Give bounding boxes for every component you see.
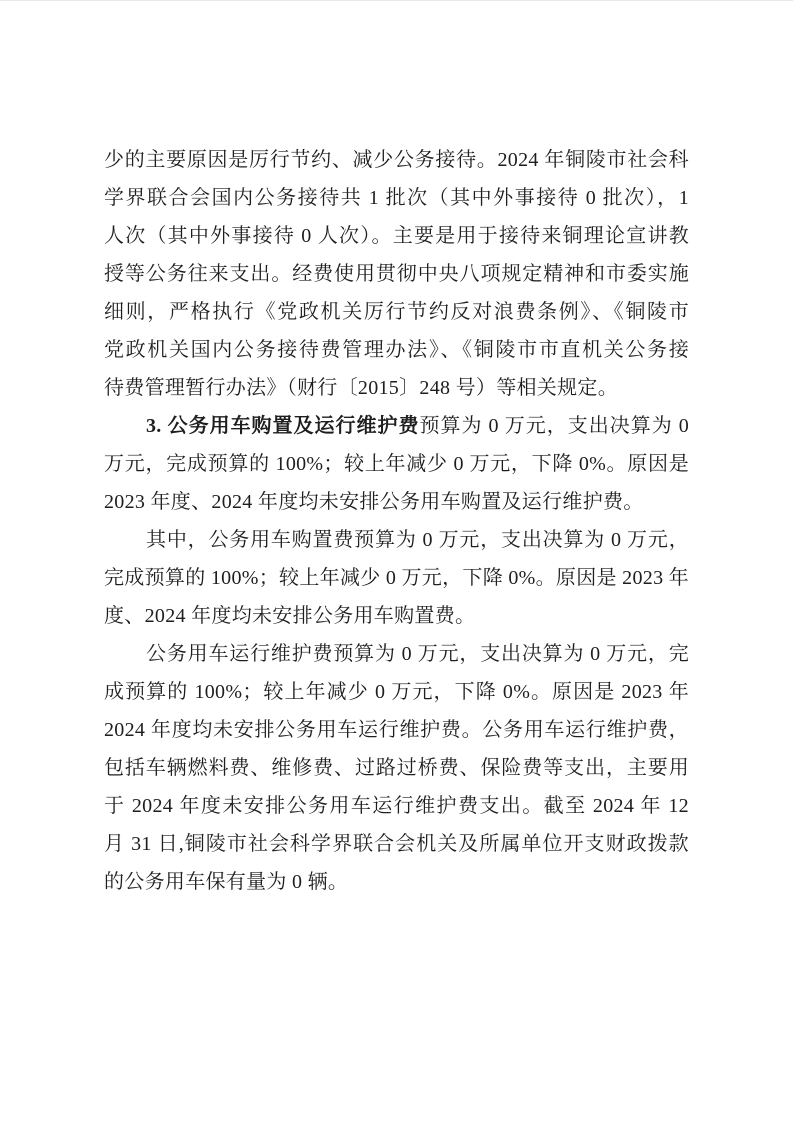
text-line: 月 31 日,铜陵市社会科学界联合会机关及所属单位开支财政拨款 — [104, 825, 689, 863]
text-line: 其中，公务用车购置费预算为 0 万元，支出决算为 0 万元， — [104, 521, 689, 559]
paragraph-vehicle-purchase-and-maintenance: 3. 公务用车购置及运行维护费预算为 0 万元，支出决算为 0 万元，完成预算的… — [104, 407, 689, 521]
text-line: 2024 年度均未安排公务用车运行维护费。公务用车运行维护费， — [104, 711, 689, 749]
document-page: 少的主要原因是厉行节约、减少公务接待。2024 年铜陵市社会科 学界联合会国内公… — [0, 0, 793, 1122]
paragraph-vehicle-operation-maintenance-fee: 公务用车运行维护费预算为 0 万元，支出决算为 0 万元，完 成预算的 100%… — [104, 635, 689, 901]
text-line: 3. 公务用车购置及运行维护费预算为 0 万元，支出决算为 0 — [104, 407, 689, 445]
text-line: 待费管理暂行办法》（财行〔2015〕248 号）等相关规定。 — [104, 369, 689, 407]
text-line: 万元，完成预算的 100%；较上年减少 0 万元，下降 0%。原因是 — [104, 445, 689, 483]
text-line: 完成预算的 100%；较上年减少 0 万元，下降 0%。原因是 2023 年 — [104, 559, 689, 597]
paragraph-vehicle-purchase-fee: 其中，公务用车购置费预算为 0 万元，支出决算为 0 万元， 完成预算的 100… — [104, 521, 689, 635]
text-line: 成预算的 100%；较上年减少 0 万元，下降 0%。原因是 2023 年度、 — [104, 673, 689, 711]
text-run: 预算为 0 万元，支出决算为 0 — [420, 415, 690, 437]
text-line: 人次（其中外事接待 0 人次）。主要是用于接待来铜理论宣讲教 — [104, 217, 689, 255]
paragraph-official-reception-expenses: 少的主要原因是厉行节约、减少公务接待。2024 年铜陵市社会科 学界联合会国内公… — [104, 141, 689, 407]
text-line: 少的主要原因是厉行节约、减少公务接待。2024 年铜陵市社会科 — [104, 141, 689, 179]
text-line: 党政机关国内公务接待费管理办法》、《铜陵市市直机关公务接 — [104, 331, 689, 369]
text-line: 学界联合会国内公务接待共 1 批次（其中外事接待 0 批次），1 — [104, 179, 689, 217]
text-line: 包括车辆燃料费、维修费、过路过桥费、保险费等支出，主要用 — [104, 749, 689, 787]
text-line: 度、2024 年度均未安排公务用车购置费。 — [104, 597, 689, 635]
page-top-border — [0, 0, 793, 1]
text-line: 细则，严格执行《党政机关厉行节约反对浪费条例》、《铜陵市 — [104, 293, 689, 331]
text-line: 2023 年度、2024 年度均未安排公务用车购置及运行维护费。 — [104, 483, 689, 521]
text-line: 授等公务往来支出。经费使用贯彻中央八项规定精神和市委实施 — [104, 255, 689, 293]
document-body: 少的主要原因是厉行节约、减少公务接待。2024 年铜陵市社会科 学界联合会国内公… — [104, 141, 689, 901]
text-line: 于 2024 年度未安排公务用车运行维护费支出。截至 2024 年 12 — [104, 787, 689, 825]
text-line: 的公务用车保有量为 0 辆。 — [104, 863, 689, 901]
section-heading-bold: 3. 公务用车购置及运行维护费 — [146, 415, 420, 437]
text-line: 公务用车运行维护费预算为 0 万元，支出决算为 0 万元，完 — [104, 635, 689, 673]
